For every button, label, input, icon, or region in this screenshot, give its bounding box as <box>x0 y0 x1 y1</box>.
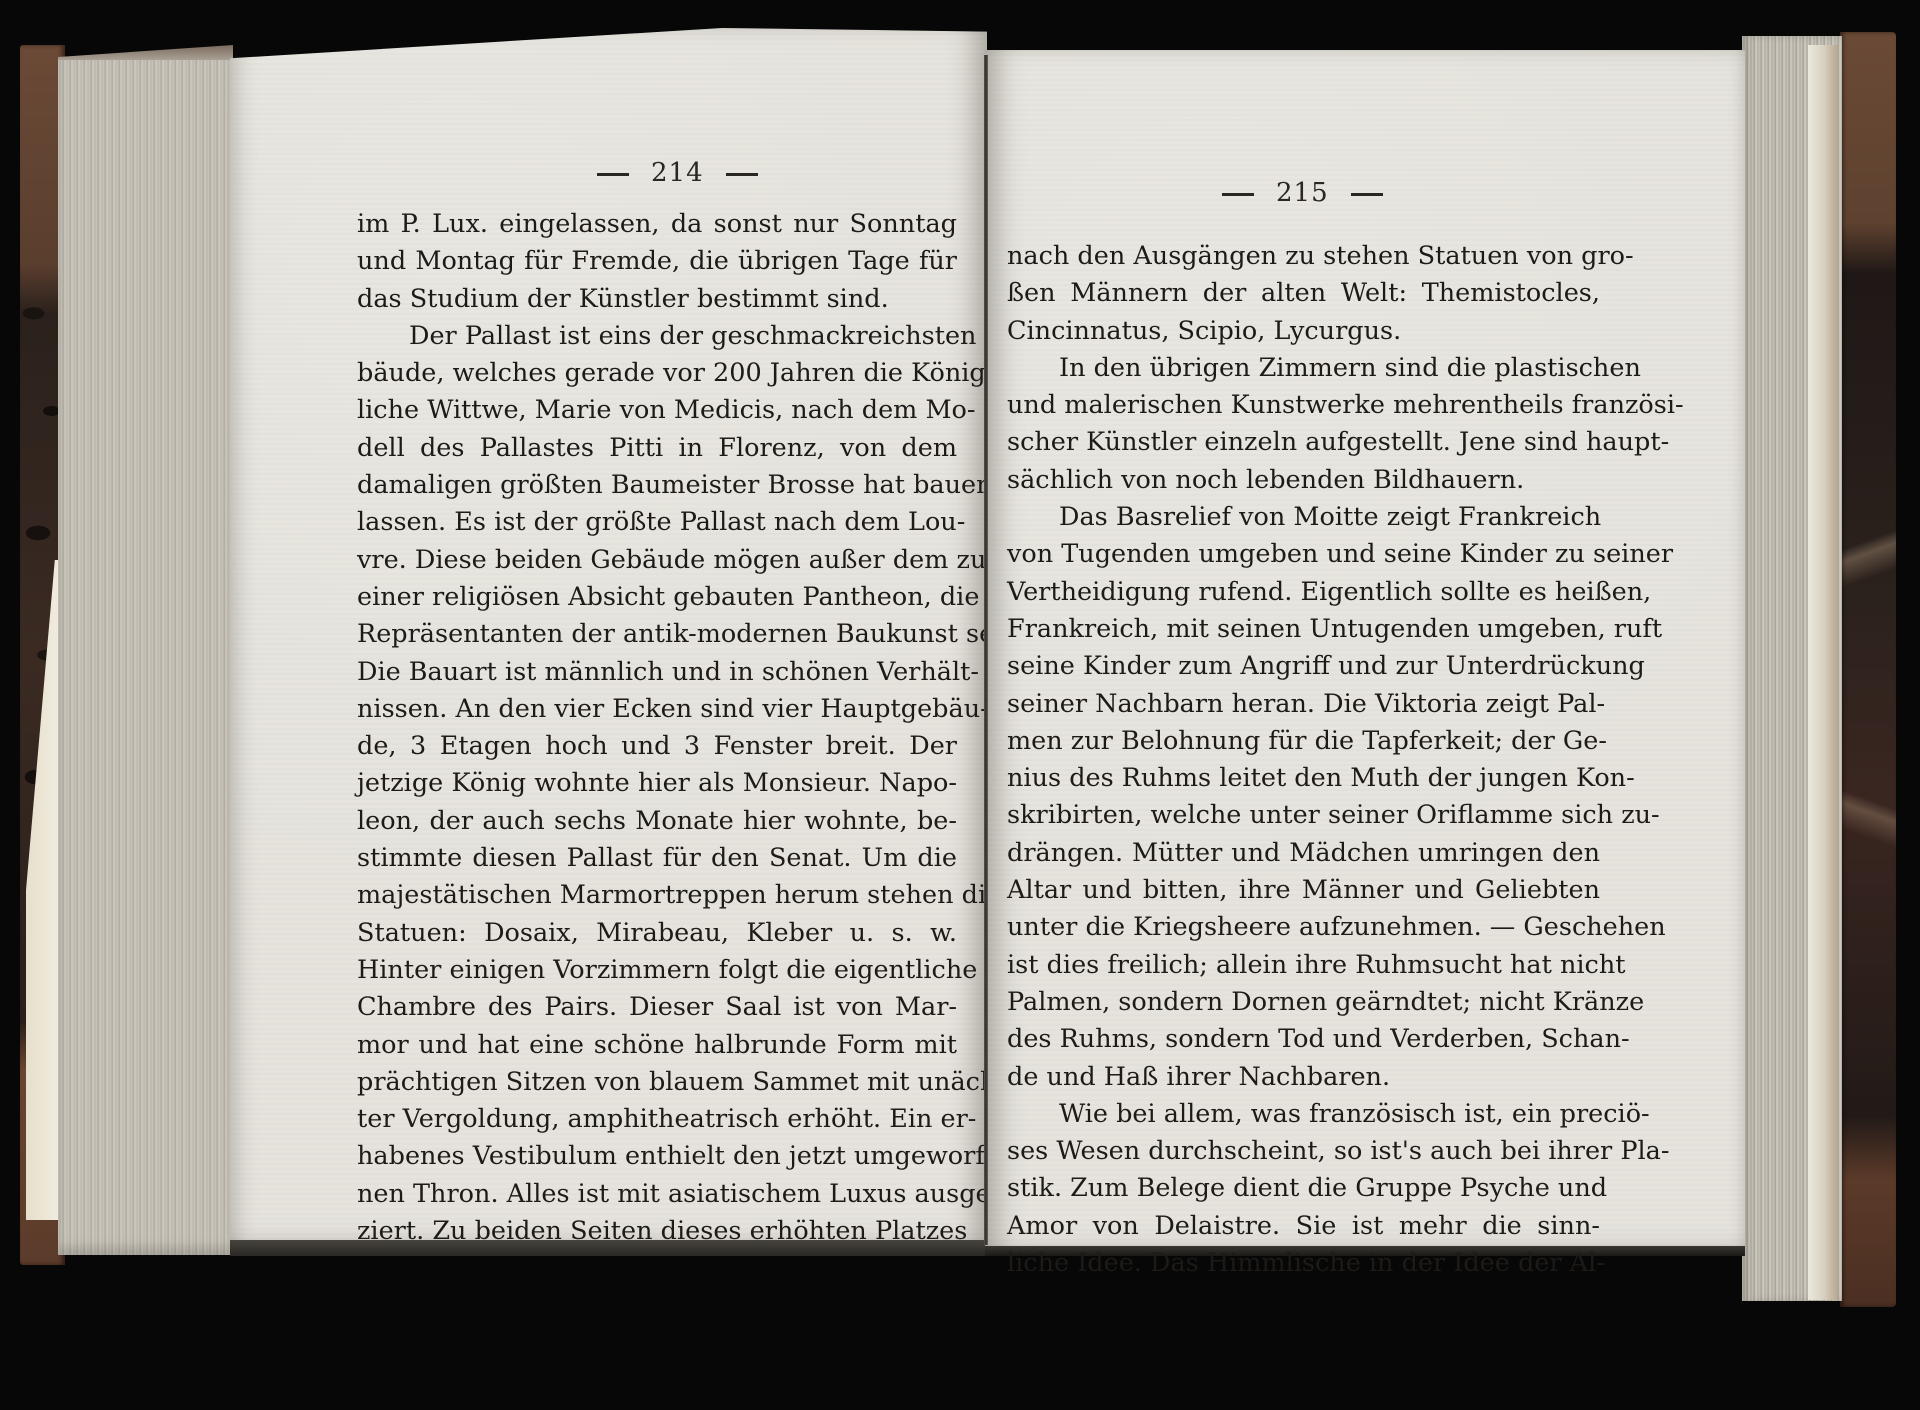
text-line: und Montag für Fremde, die übrigen Tage … <box>357 243 957 280</box>
text-line: majestätischen Marmortreppen herum stehe… <box>357 877 957 914</box>
text-line: Cincinnatus, Scipio, Lycurgus. <box>1007 313 1600 350</box>
text-line: Amor von Delaistre. Sie ist mehr die sin… <box>1007 1208 1600 1245</box>
dash-ornament <box>726 173 758 176</box>
text-line: seine Kinder zum Angriff und zur Unterdr… <box>1007 648 1600 685</box>
text-line: prächtigen Sitzen von blauem Sammet mit … <box>357 1064 957 1101</box>
text-line: nius des Ruhms leitet den Muth der junge… <box>1007 760 1600 797</box>
text-line: jetzige König wohnte hier als Monsieur. … <box>357 765 957 802</box>
text-line: ist dies freilich; allein ihre Ruhmsucht… <box>1007 947 1600 984</box>
text-line: Chambre des Pairs. Dieser Saal ist von M… <box>357 989 957 1026</box>
text-line: lassen. Es ist der größte Pallast nach d… <box>357 504 957 541</box>
text-line: Palmen, sondern Dornen geärndtet; nicht … <box>1007 984 1600 1021</box>
text-line: habenes Vestibulum enthielt den jetzt um… <box>357 1138 957 1175</box>
text-line: ses Wesen durchscheint, so ist's auch be… <box>1007 1133 1600 1170</box>
text-line: nissen. An den vier Ecken sind vier Haup… <box>357 691 957 728</box>
text-line: Statuen: Dosaix, Mirabeau, Kleber u. s. … <box>357 915 957 952</box>
text-line: ter Vergoldung, amphitheatrisch erhöht. … <box>357 1101 957 1138</box>
text-line: Hinter einigen Vorzimmern folgt die eige… <box>357 952 957 989</box>
text-line: und malerischen Kunstwerke mehrentheils … <box>1007 387 1600 424</box>
book-gutter <box>984 55 988 1245</box>
dash-ornament <box>597 173 629 176</box>
text-line: einer religiösen Absicht gebauten Panthe… <box>357 579 957 616</box>
text-line: Das Basrelief von Moitte zeigt Frankreic… <box>1007 499 1600 536</box>
text-line: de, 3 Etagen hoch und 3 Fenster breit. D… <box>357 728 957 765</box>
text-line: im P. Lux. eingelassen, da sonst nur Son… <box>357 206 957 243</box>
text-line: sächlich von noch lebenden Bildhauern. <box>1007 462 1600 499</box>
text-line: Repräsentanten der antik-modernen Baukun… <box>357 616 957 653</box>
text-line: stimmte diesen Pallast für den Senat. Um… <box>357 840 957 877</box>
text-line: liche Idee. Das Himmlische in der Idee d… <box>1007 1245 1600 1282</box>
page-number: 214 <box>651 158 704 188</box>
text-line: damaligen größten Baumeister Brosse hat … <box>357 467 957 504</box>
dash-ornament <box>1351 193 1383 196</box>
text-line: nen Thron. Alles ist mit asiatischem Lux… <box>357 1176 957 1213</box>
text-line: unter die Kriegsheere aufzunehmen. — Ges… <box>1007 909 1600 946</box>
left-page-text: im P. Lux. eingelassen, da sonst nur Son… <box>357 206 957 1250</box>
text-line: Der Pallast ist eins der geschmackreichs… <box>357 318 957 355</box>
text-line: In den übrigen Zimmern sind die plastisc… <box>1007 350 1600 387</box>
text-line: stik. Zum Belege dient die Gruppe Psyche… <box>1007 1170 1600 1207</box>
text-line: des Ruhms, sondern Tod und Verderben, Sc… <box>1007 1021 1600 1058</box>
text-line: men zur Belohnung für die Tapferkeit; de… <box>1007 723 1600 760</box>
text-line: nach den Ausgängen zu stehen Statuen von… <box>1007 238 1600 275</box>
right-book-cover <box>1840 32 1896 1307</box>
text-line: Die Bauart ist männlich und in schönen V… <box>357 654 957 691</box>
left-page-block-edges <box>58 60 233 1255</box>
dash-ornament <box>1222 193 1254 196</box>
text-line: skribirten, welche unter seiner Oriflamm… <box>1007 797 1600 834</box>
right-page-text: nach den Ausgängen zu stehen Statuen von… <box>1007 238 1600 1282</box>
text-line: seiner Nachbarn heran. Die Viktoria zeig… <box>1007 686 1600 723</box>
text-line: liche Wittwe, Marie von Medicis, nach de… <box>357 392 957 429</box>
text-line: drängen. Mütter und Mädchen umringen den <box>1007 835 1600 872</box>
text-line: dell des Pallastes Pitti in Florenz, von… <box>357 430 957 467</box>
text-line: Wie bei allem, was französisch ist, ein … <box>1007 1096 1600 1133</box>
text-line: Frankreich, mit seinen Untugenden umgebe… <box>1007 611 1600 648</box>
text-line: das Studium der Künstler bestimmt sind. <box>357 281 957 318</box>
right-page-header: 215 <box>1200 178 1405 208</box>
text-line: bäude, welches gerade vor 200 Jahren die… <box>357 355 957 392</box>
page-number: 215 <box>1276 178 1329 208</box>
text-line: Vertheidigung rufend. Eigentlich sollte … <box>1007 574 1600 611</box>
text-line: leon, der auch sechs Monate hier wohnte,… <box>357 803 957 840</box>
text-line: scher Künstler einzeln aufgestellt. Jene… <box>1007 424 1600 461</box>
left-page-header: 214 <box>575 158 780 188</box>
text-line: mor und hat eine schöne halbrunde Form m… <box>357 1027 957 1064</box>
text-line: de und Haß ihrer Nachbaren. <box>1007 1059 1600 1096</box>
text-line: von Tugenden umgeben und seine Kinder zu… <box>1007 536 1600 573</box>
text-line: Altar und bitten, ihre Männer und Gelieb… <box>1007 872 1600 909</box>
text-line: ziert. Zu beiden Seiten dieses erhöhten … <box>357 1213 957 1250</box>
right-endpaper <box>1808 45 1838 1300</box>
text-line: ßen Männern der alten Welt: Themistocles… <box>1007 275 1600 312</box>
text-line: vre. Diese beiden Gebäude mögen außer de… <box>357 542 957 579</box>
